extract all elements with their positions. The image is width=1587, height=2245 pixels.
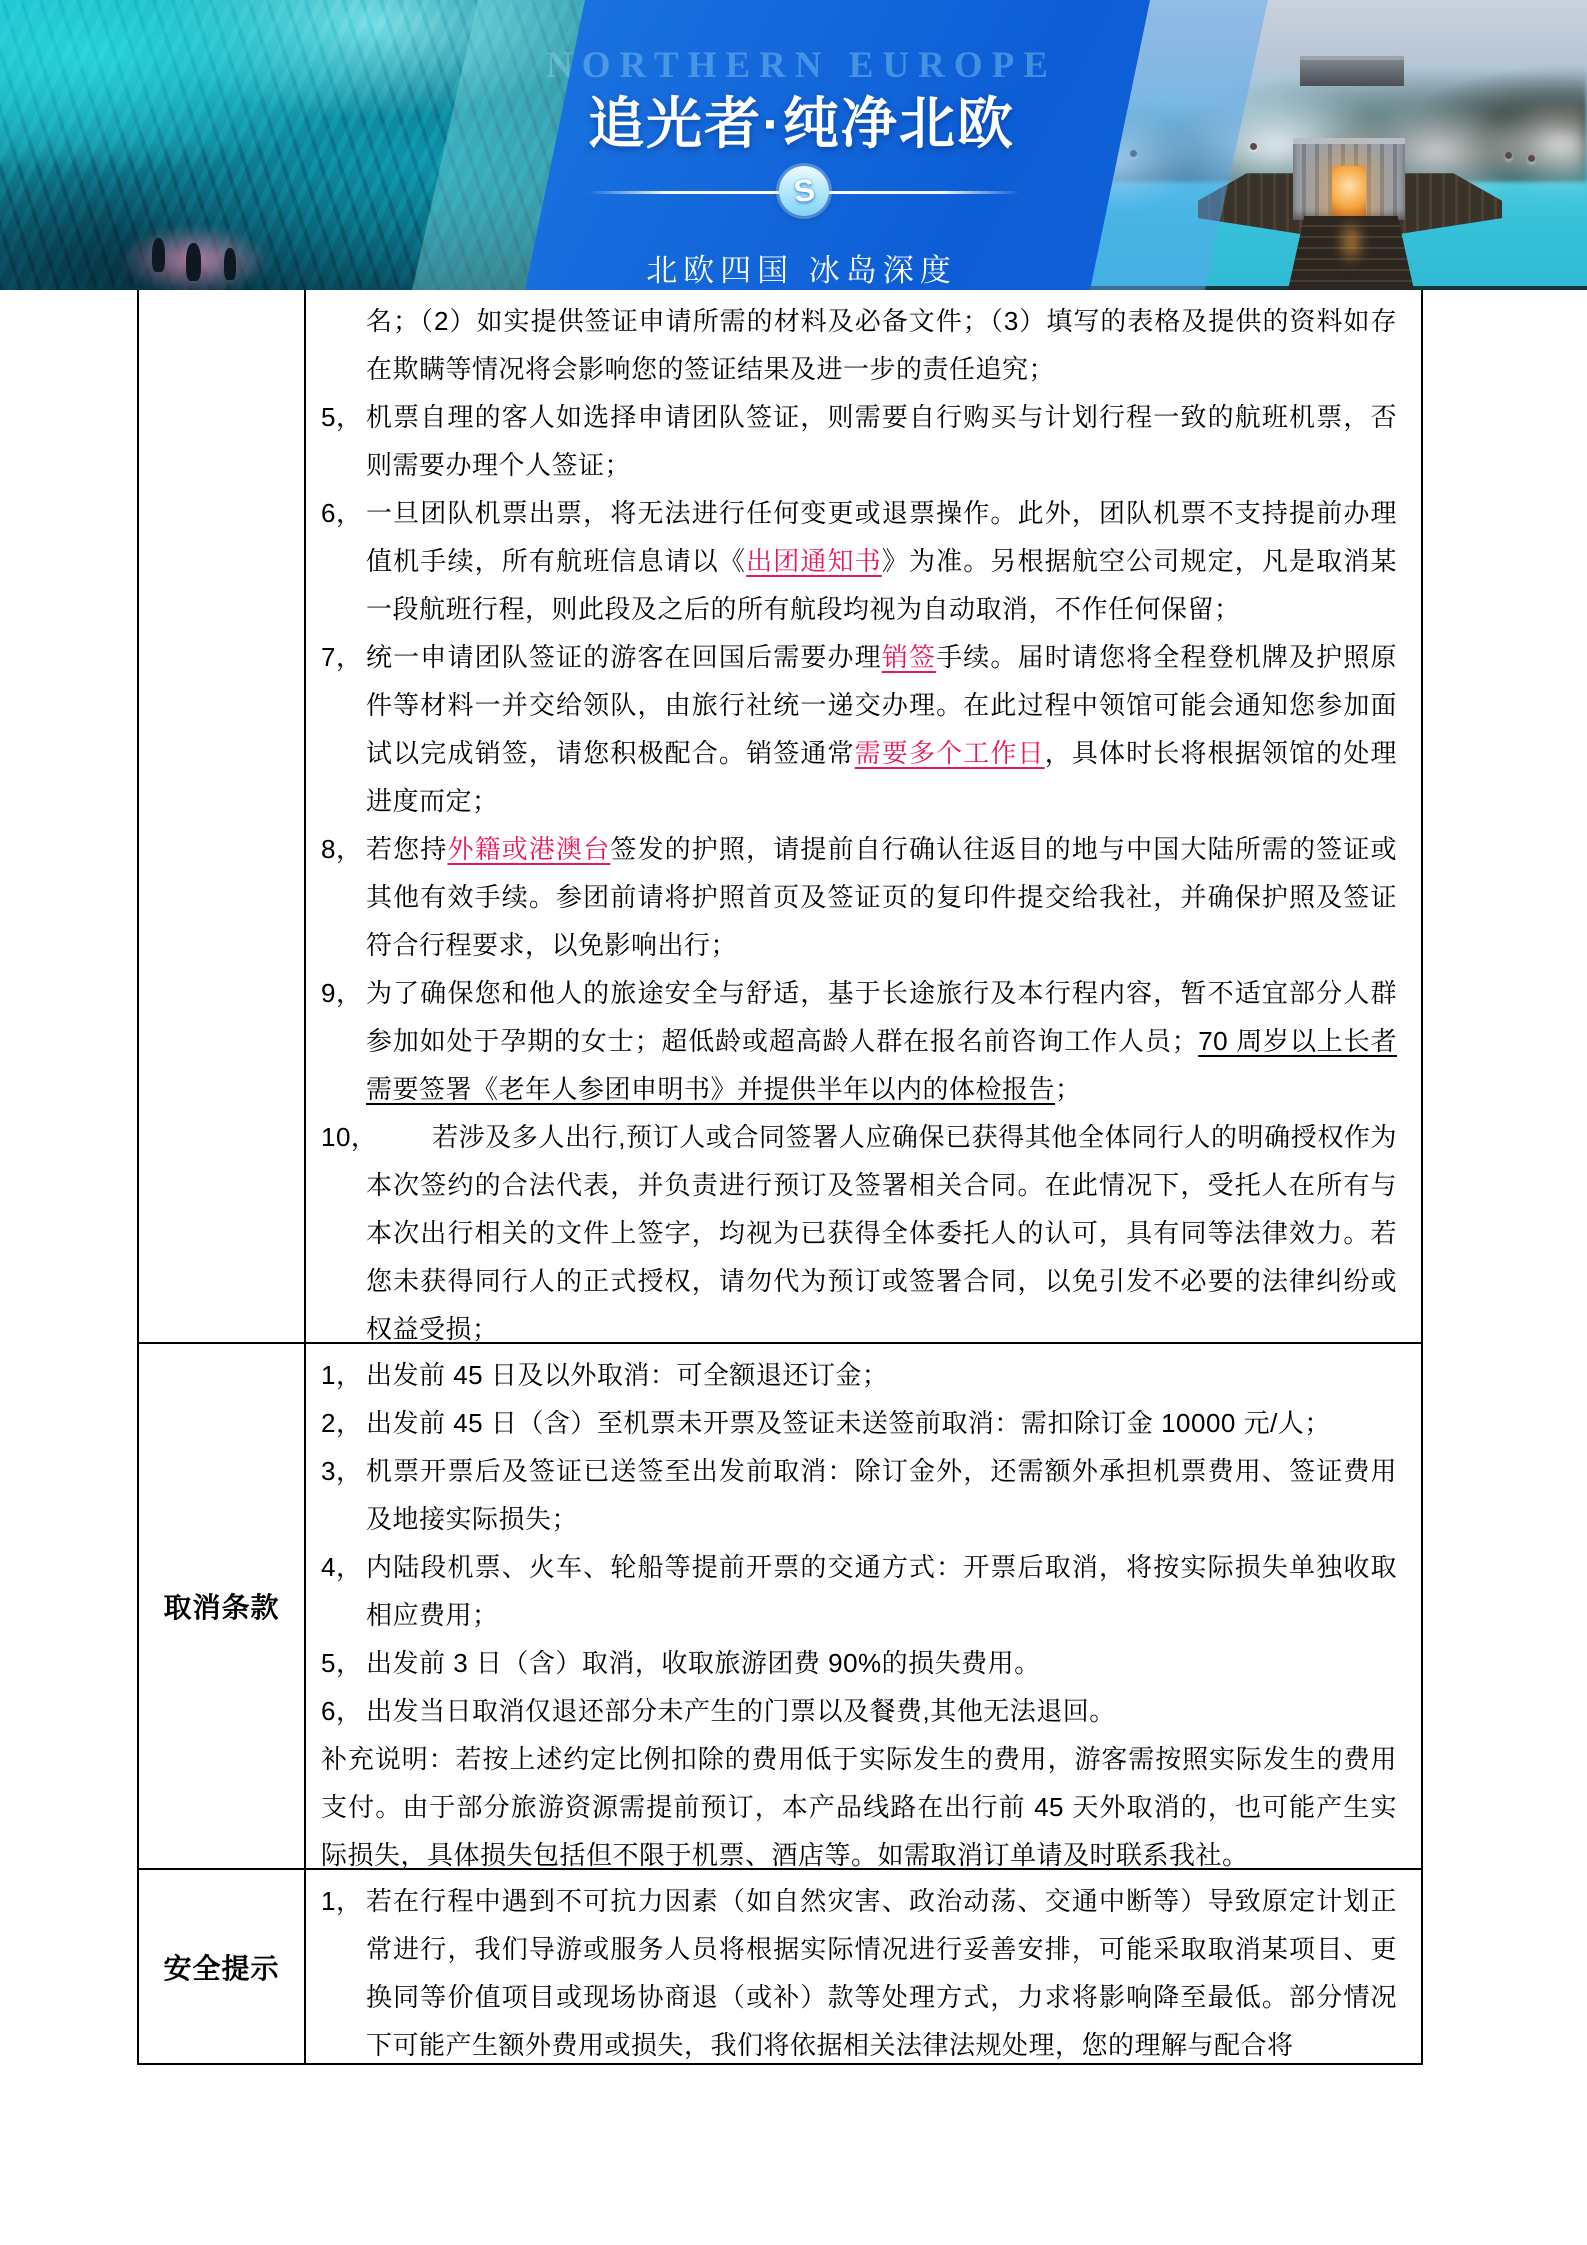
item-number: 1，: [321, 1351, 366, 1399]
item-number: 10，: [321, 1113, 366, 1161]
row-label: [139, 290, 306, 1342]
highlight-link: 需要多个工作日: [855, 738, 1045, 768]
brand-logo-badge: S: [779, 166, 829, 216]
item-number: 5，: [321, 393, 366, 441]
paragraph: 补充说明：若按上述约定比例扣除的费用低于实际发生的费用，游客需按照实际发生的费用…: [321, 1735, 1397, 1868]
highlight-link: 出团通知书: [746, 546, 882, 576]
item-number: 2，: [321, 1399, 366, 1447]
text-run: 出发前 45 日（含）至机票未开票及签证未送签前取消：需扣除订金 10000 元…: [366, 1408, 1331, 1438]
item-number: 5，: [321, 1639, 366, 1687]
row-label: 取消条款: [139, 1344, 306, 1868]
table-row: 取消条款1，出发前 45 日及以外取消：可全额退还订金；2，出发前 45 日（含…: [139, 1342, 1421, 1868]
text-run: 出发当日取消仅退还部分未产生的门票以及餐费,其他无法退回。: [366, 1696, 1116, 1726]
paragraph: 3，机票开票后及签证已送签至出发前取消：除订金外，还需额外承担机票费用、签证费用…: [321, 1447, 1397, 1543]
banner-title: 追光者·纯净北欧: [8, 80, 1587, 160]
item-number: 6，: [321, 1687, 366, 1735]
text-run: 补充说明：若按上述约定比例扣除的费用低于实际发生的费用，游客需按照实际发生的费用…: [321, 1744, 1397, 1868]
item-number: 1，: [321, 1877, 366, 1925]
s-logo-icon: S: [791, 172, 816, 211]
text-run: 出发前 3 日（含）取消，收取旅游团费 90%的损失费用。: [366, 1648, 1041, 1678]
text-run: 机票自理的客人如选择申请团队签证，则需要自行购买与计划行程一致的航班机票，否则需…: [366, 402, 1397, 480]
text-run: 名；（2）如实提供签证申请所需的材料及必备文件；（3）填写的表格及提供的资料如存…: [366, 306, 1397, 384]
text-run: 若在行程中遇到不可抗力因素（如自然灾害、政治动荡、交通中断等）导致原定计划正常进…: [366, 1886, 1397, 2060]
paragraph: 6，出发当日取消仅退还部分未产生的门票以及餐费,其他无法退回。: [321, 1687, 1397, 1735]
paragraph: 1，出发前 45 日及以外取消：可全额退还订金；: [321, 1351, 1397, 1399]
paragraph: 6，一旦团队机票出票，将无法进行任何变更或退票操作。此外，团队机票不支持提前办理…: [321, 489, 1397, 633]
paragraph: 5，机票自理的客人如选择申请团队签证，则需要自行购买与计划行程一致的航班机票，否…: [321, 393, 1397, 489]
paragraph: 8，若您持外籍或港澳台签发的护照，请提前自行确认往返目的地与中国大陆所需的签证或…: [321, 825, 1397, 969]
paragraph: 5，出发前 3 日（含）取消，收取旅游团费 90%的损失费用。: [321, 1639, 1397, 1687]
highlight-link: 销签: [882, 642, 936, 672]
glowing-doorway: [1332, 166, 1366, 220]
item-number: 9，: [321, 969, 366, 1017]
terms-table: 名；（2）如实提供签证申请所需的材料及必备文件；（3）填写的表格及提供的资料如存…: [137, 290, 1423, 2065]
banner-subtitle: 北欧四国 冰岛深度: [8, 245, 1587, 290]
text-run: ；: [1055, 1074, 1082, 1104]
paragraph: 1，若在行程中遇到不可抗力因素（如自然灾害、政治动荡、交通中断等）导致原定计划正…: [321, 1877, 1397, 2063]
text-run: 机票开票后及签证已送签至出发前取消：除订金外，还需额外承担机票费用、签证费用及地…: [366, 1456, 1397, 1534]
highlight-link: 外籍或港澳台: [447, 834, 610, 864]
item-number: 6，: [321, 489, 366, 537]
item-number: 8，: [321, 825, 366, 873]
item-number: 7，: [321, 633, 366, 681]
row-content: 1，出发前 45 日及以外取消：可全额退还订金；2，出发前 45 日（含）至机票…: [306, 1344, 1421, 1868]
text-run: 内陆段机票、火车、轮船等提前开票的交通方式：开票后取消，将按实际损失单独收取相应…: [366, 1552, 1397, 1630]
text-run: 统一申请团队签证的游客在回国后需要办理: [366, 642, 882, 672]
paragraph: 10，若涉及多人出行,预订人或合同签署人应确保已获得其他全体同行人的明确授权作为…: [321, 1113, 1397, 1342]
row-content: 名；（2）如实提供签证申请所需的材料及必备文件；（3）填写的表格及提供的资料如存…: [306, 290, 1421, 1342]
header-banner: NORTHERN EUROPE 追光者·纯净北欧 S 北欧四国 冰岛深度: [0, 0, 1587, 290]
text-run: 若您持: [366, 834, 447, 864]
paragraph: 2，出发前 45 日（含）至机票未开票及签证未送签前取消：需扣除订金 10000…: [321, 1399, 1397, 1447]
paragraph: 名；（2）如实提供签证申请所需的材料及必备文件；（3）填写的表格及提供的资料如存…: [321, 297, 1397, 393]
travel-terms-page: { "banner": { "ghost_title": "NORTHERN E…: [0, 0, 1587, 2245]
text-run: 出发前 45 日及以外取消：可全额退还订金；: [366, 1360, 888, 1390]
paragraph: 4，内陆段机票、火车、轮船等提前开票的交通方式：开票后取消，将按实际损失单独收取…: [321, 1543, 1397, 1639]
row-label: 安全提示: [139, 1870, 306, 2063]
table-row: 安全提示1，若在行程中遇到不可抗力因素（如自然灾害、政治动荡、交通中断等）导致原…: [139, 1868, 1421, 2063]
text-run: 若涉及多人出行,预订人或合同签署人应确保已获得其他全体同行人的明确授权作为本次签…: [366, 1122, 1397, 1342]
item-number: 4，: [321, 1543, 366, 1591]
table-row: 名；（2）如实提供签证申请所需的材料及必备文件；（3）填写的表格及提供的资料如存…: [139, 290, 1421, 1342]
paragraph: 9，为了确保您和他人的旅途安全与舒适，基于长途旅行及本行程内容，暂不适宜部分人群…: [321, 969, 1397, 1113]
row-content: 1，若在行程中遇到不可抗力因素（如自然灾害、政治动荡、交通中断等）导致原定计划正…: [306, 1870, 1421, 2063]
item-number: 3，: [321, 1447, 366, 1495]
paragraph: 7，统一申请团队签证的游客在回国后需要办理销签手续。届时请您将全程登机牌及护照原…: [321, 633, 1397, 825]
